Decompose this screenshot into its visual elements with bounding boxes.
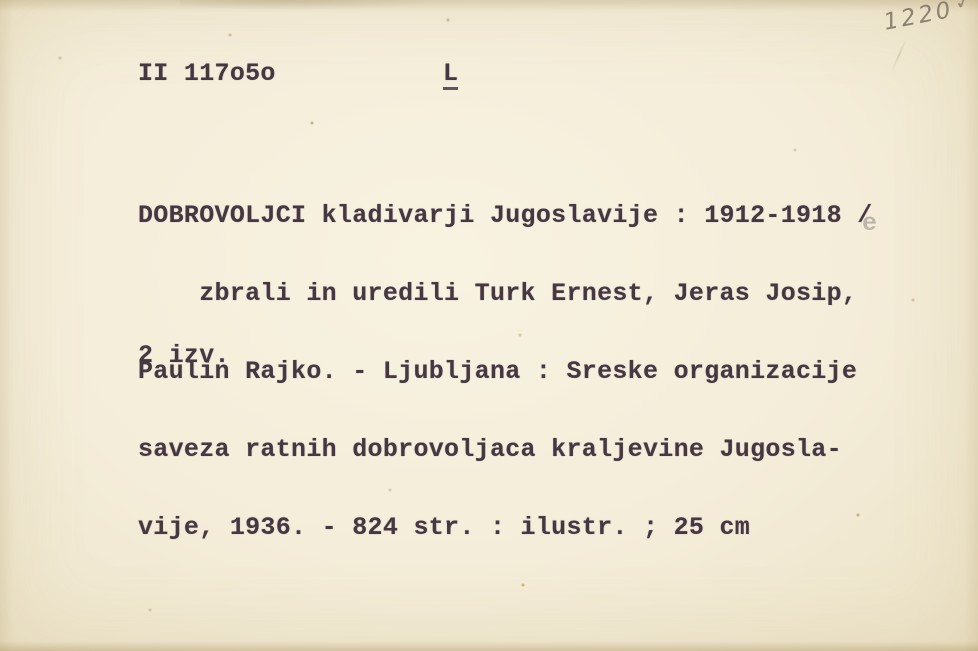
handwritten-number: 1220: [882, 0, 956, 36]
copies-note: 2 izv.: [138, 343, 230, 369]
ghost-typed-char: e: [862, 211, 877, 237]
catalog-entry: DOBROVOLJCI kladivarji Jugoslavije : 191…: [138, 151, 873, 593]
entry-line-editors: zbrali in uredili Turk Ernest, Jeras Jos…: [138, 281, 873, 307]
entry-line-title: DOBROVOLJCI kladivarji Jugoslavije : 191…: [138, 203, 873, 229]
handwritten-annotation: 1220✓: [882, 0, 975, 36]
entry-line-publisher-cont: saveza ratnih dobrovoljaca kraljevine Ju…: [138, 437, 873, 463]
paper-crease: [891, 39, 907, 71]
call-number: II 117o5o: [138, 61, 276, 87]
paper-smudge: [180, 0, 440, 10]
catalog-card: II 117o5o L DOBROVOLJCI kladivarji Jugos…: [0, 0, 978, 651]
entry-line-collation: vije, 1936. - 824 str. : ilustr. ; 25 cm: [138, 515, 873, 541]
entry-line-publisher: Paulin Rajko. - Ljubljana : Sreske organ…: [138, 359, 873, 385]
language-symbol: L: [443, 61, 458, 90]
